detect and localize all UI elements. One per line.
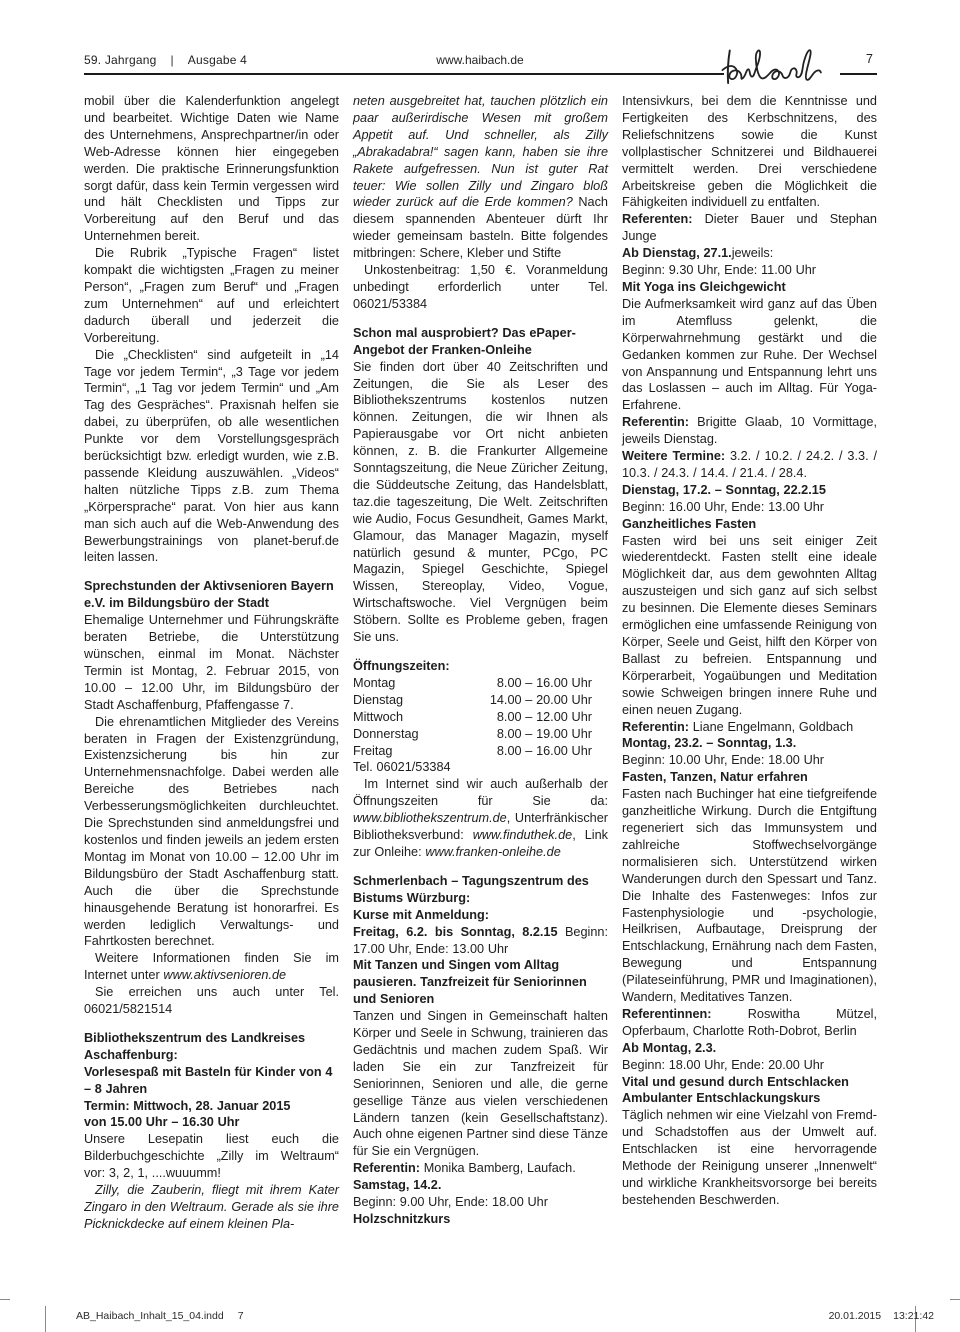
text-run: Täglich nehmen wir eine Vielzahl von Fre… [622,1108,877,1207]
paragraph: Tanzen und Singen in Gemeinschaft halten… [353,1008,608,1160]
paragraph: neten ausgebreitet hat, tauchen plötzlic… [353,93,608,262]
heading: Termin: Mittwoch, 28. Januar 2015 [84,1098,339,1115]
text-run: Fasten, Tanzen, Natur erfahren [622,770,808,784]
schedule-time: 8.00 – 12.00 Uhr [497,709,592,726]
italic-text: www.finduthek.de [473,828,572,842]
schedule-day: Freitag [353,743,393,760]
page-number: 7 [866,52,873,66]
text-run: Ehemalige Unternehmer und Führungskräfte… [84,613,339,712]
paragraph: Sie erreichen uns auch unter Tel. 06021/… [84,984,339,1018]
schedule-time: 8.00 – 16.00 Uhr [497,675,592,692]
paragraph: mobil über die Kalenderfunktion angelegt… [84,93,339,245]
column-1: mobil über die Kalenderfunktion angelegt… [84,93,339,1271]
text-run: Sie finden dort über 40 Zeitschriften un… [353,360,608,645]
text-run: Schmerlenbach – Tagungszentrum des Bistu… [353,874,589,905]
text-run: Sprechstunden der Aktivsenioren Bayern e… [84,579,334,610]
paragraph: Sie finden dort über 40 Zeitschriften un… [353,359,608,646]
paragraph: Referentin: Liane Engelmann, Goldbach [622,719,877,736]
paragraph: Täglich nehmen wir eine Vielzahl von Fre… [622,1107,877,1208]
paragraph: Die „Checklisten“ sind aufgeteilt in „14… [84,347,339,567]
schedule-day: Mittwoch [353,709,403,726]
text-run: Ambulanter Entschlackungskurs [622,1091,820,1105]
text-run: Bibliothekszentrum des Landkreises Ascha… [84,1031,305,1062]
text-run: Schon mal ausprobiert? Das ePaper-Angebo… [353,326,576,357]
paragraph: Die Rubrik „Typische Fragen“ listet komp… [84,245,339,346]
paragraph: Ehemalige Unternehmer und Führungskräfte… [84,612,339,713]
header-rule [84,73,724,75]
paragraph: Intensivkurs, bei dem die Kenntnisse und… [622,93,877,211]
text-run: Sie erreichen uns auch unter Tel. 06021/… [84,985,339,1016]
text-run: Kurse mit Anmeldung: [353,908,489,922]
text-run: Unsere Lesepatin liest euch die Bilderbu… [84,1132,339,1180]
footer-page: 7 [238,1310,244,1322]
text-run: Beginn: 10.00 Uhr, Ende: 18.00 Uhr [622,753,824,767]
bold-text: Referentin: [622,720,689,734]
text-run: Die ehrenamtlichen Mitglieder des Verein… [84,715,339,949]
schedule-day: Donnerstag [353,726,419,743]
footer-time: 13:21:42 [893,1310,934,1322]
paragraph: Fasten nach Buchinger hat eine tiefgreif… [622,786,877,1006]
text-run: Mit Tanzen und Singen vom Alltag pausier… [353,958,587,1006]
paragraph: Beginn: 9.00 Uhr, Ende: 18.00 Uhr [353,1194,608,1211]
italic-text: Zilly, die Zauberin, fliegt mit ihrem Ka… [84,1183,339,1231]
text-run: Tanzen und Singen in Gemeinschaft halten… [353,1009,608,1158]
bold-text: Referentin: [353,1161,420,1175]
column-3: Intensivkurs, bei dem die Kenntnisse und… [622,93,877,1271]
schedule-time: 14.00 – 20.00 Uhr [490,692,592,709]
schedule-time: 8.00 – 16.00 Uhr [497,743,592,760]
text-run: Beginn: 9.00 Uhr, Ende: 18.00 Uhr [353,1195,548,1209]
paragraph: Referenten: Dieter Bauer und Stephan Jun… [622,211,877,245]
haibach-signature-icon [720,42,842,90]
italic-text: www.aktivsenioren.de [163,968,286,982]
text-run: Vital und gesund durch Entschlacken [622,1075,849,1089]
column-2: neten ausgebreitet hat, tauchen plötzlic… [353,93,608,1271]
paragraph: Weitere Termine: 3.2. / 10.2. / 24.2. / … [622,448,877,482]
text-run: Samstag, 14.2. [353,1178,441,1192]
schedule-row: Dienstag14.00 – 20.00 Uhr [353,692,608,709]
paragraph: Beginn: 16.00 Uhr, Ende: 13.00 Uhr [622,499,877,516]
heading: Ambulanter Entschlackungskurs [622,1090,877,1107]
heading: Vital und gesund durch Entschlacken [622,1074,877,1091]
paragraph: Ab Dienstag, 27.1.jeweils: [622,245,877,262]
text-run: Termin: Mittwoch, 28. Januar 2015 [84,1099,290,1113]
bold-text: Weitere Termine: [622,449,725,463]
text-run: Holzschnitzkurs [353,1212,450,1226]
text-run: Montag, 23.2. – Sonntag, 1.3. [622,736,796,750]
schedule-row: Freitag8.00 – 16.00 Uhr [353,743,608,760]
heading: Öffnungszeiten: [353,658,608,675]
schedule-row: Mittwoch8.00 – 12.00 Uhr [353,709,608,726]
paragraph: Beginn: 9.30 Uhr, Ende: 11.00 Uhr [622,262,877,279]
text-run: Öffnungszeiten: [353,659,450,673]
heading: Holzschnitzkurs [353,1211,608,1228]
paragraph: Tel. 06021/53384 [353,759,608,776]
text-run: Monika Bamberg, Laufach. [420,1161,576,1175]
footer-datetime: 20.01.201513:21:42 [829,1310,934,1322]
crop-mark-right-h [950,1299,960,1300]
paragraph: Referentinnen: Roswitha Mützel, Opferbau… [622,1006,877,1040]
bold-text: Freitag, 6.2. bis Sonntag, 8.2.15 [353,925,558,939]
text-run: Tel. 06021/53384 [353,760,451,774]
header-rule-right [840,73,877,75]
paragraph: Im Internet sind wir auch außerhalb der … [353,776,608,861]
text-run: Beginn: 18.00 Uhr, Ende: 20.00 Uhr [622,1058,824,1072]
article-columns: mobil über die Kalenderfunktion angelegt… [84,93,878,1271]
bold-text: Referentin: [622,415,689,429]
text-run: Vorlesespaß mit Basteln für Kinder von 4… [84,1065,332,1096]
italic-text: www.franken-onleihe.de [425,845,560,859]
footer-date: 20.01.2015 [829,1310,882,1322]
heading: von 15.00 Uhr – 16.30 Uhr [84,1114,339,1131]
heading: Bibliothekszentrum des Landkreises Ascha… [84,1030,339,1064]
text-run: Die „Checklisten“ sind aufgeteilt in „14… [84,348,339,565]
bold-text: Referentinnen: [622,1007,712,1021]
footer-filename: AB_Haibach_Inhalt_15_04.indd7 [76,1310,244,1322]
text-run: Dienstag, 17.2. – Sonntag, 22.2.15 [622,483,826,497]
heading: Ab Montag, 2.3. [622,1040,877,1057]
text-run: Unkostenbeitrag: 1,50 €. Voranmeldung un… [353,263,608,311]
italic-text: neten ausgebreitet hat, tauchen plötzlic… [353,94,608,209]
paragraph: Beginn: 10.00 Uhr, Ende: 18.00 Uhr [622,752,877,769]
paragraph: Referentin: Brigitte Glaab, 10 Vormittag… [622,414,877,448]
schedule-day: Montag [353,675,395,692]
text-run: Beginn: 16.00 Uhr, Ende: 13.00 Uhr [622,500,824,514]
crop-mark-left-h [0,1299,10,1300]
text-run: Mit Yoga ins Gleichgewicht [622,280,786,294]
paragraph: Unkostenbeitrag: 1,50 €. Voranmeldung un… [353,262,608,313]
paragraph: Weitere Informationen finden Sie im Inte… [84,950,339,984]
heading: Ganzheitliches Fasten [622,516,877,533]
heading: Kurse mit Anmeldung: [353,907,608,924]
text-run: Ab Montag, 2.3. [622,1041,716,1055]
schedule-row: Donnerstag8.00 – 19.00 Uhr [353,726,608,743]
text-run: von 15.00 Uhr – 16.30 Uhr [84,1115,239,1129]
bold-text: Ab Dienstag, 27.1. [622,246,732,260]
heading: Montag, 23.2. – Sonntag, 1.3. [622,735,877,752]
paragraph: Beginn: 18.00 Uhr, Ende: 20.00 Uhr [622,1057,877,1074]
schedule-row: Montag8.00 – 16.00 Uhr [353,675,608,692]
text-run: Beginn: 9.30 Uhr, Ende: 11.00 Uhr [622,263,816,277]
paragraph: Die Aufmerksamkeit wird ganz auf das Übe… [622,296,877,414]
text-run: Fasten wird bei uns seit einiger Zeit wi… [622,534,877,717]
text-run: Liane Engelmann, Goldbach [689,720,853,734]
text-run: mobil über die Kalenderfunktion angelegt… [84,94,339,243]
text-run: Intensivkurs, bei dem die Kenntnisse und… [622,94,877,209]
text-run: Die Rubrik „Typische Fragen“ listet komp… [84,246,339,345]
heading: Sprechstunden der Aktivsenioren Bayern e… [84,578,339,612]
paragraph: Die ehrenamtlichen Mitglieder des Verein… [84,714,339,951]
crop-mark-left-v [45,1306,46,1332]
paragraph: Zilly, die Zauberin, fliegt mit ihrem Ka… [84,1182,339,1233]
paragraph: Fasten wird bei uns seit einiger Zeit wi… [622,533,877,719]
paragraph: Freitag, 6.2. bis Sonntag, 8.2.15 Beginn… [353,924,608,958]
filename-text: AB_Haibach_Inhalt_15_04.indd [76,1310,224,1322]
heading: Mit Tanzen und Singen vom Alltag pausier… [353,957,608,1008]
heading: Samstag, 14.2. [353,1177,608,1194]
heading: Mit Yoga ins Gleichgewicht [622,279,877,296]
text-run: Im Internet sind wir auch außerhalb der … [353,777,608,808]
heading: Schon mal ausprobiert? Das ePaper-Angebo… [353,325,608,359]
schedule-time: 8.00 – 19.00 Uhr [497,726,592,743]
italic-text: www.bibliothekszentrum.de [353,811,507,825]
haibach-logo [720,42,842,90]
heading: Vorlesespaß mit Basteln für Kinder von 4… [84,1064,339,1098]
bold-text: Referenten: [622,212,693,226]
paragraph: Referentin: Monika Bamberg, Laufach. [353,1160,608,1177]
text-run: jeweils: [732,246,774,260]
text-run: Fasten nach Buchinger hat eine tiefgreif… [622,787,877,1004]
schedule-day: Dienstag [353,692,403,709]
newsletter-page: 59. Jahrgang|Ausgabe 4 www.haibach.de 7 … [0,0,960,1332]
text-run: Ganzheitliches Fasten [622,517,756,531]
paragraph: Unsere Lesepatin liest euch die Bilderbu… [84,1131,339,1182]
text-run: Die Aufmerksamkeit wird ganz auf das Übe… [622,297,877,412]
heading: Fasten, Tanzen, Natur erfahren [622,769,877,786]
heading: Dienstag, 17.2. – Sonntag, 22.2.15 [622,482,877,499]
heading: Schmerlenbach – Tagungszentrum des Bistu… [353,873,608,907]
